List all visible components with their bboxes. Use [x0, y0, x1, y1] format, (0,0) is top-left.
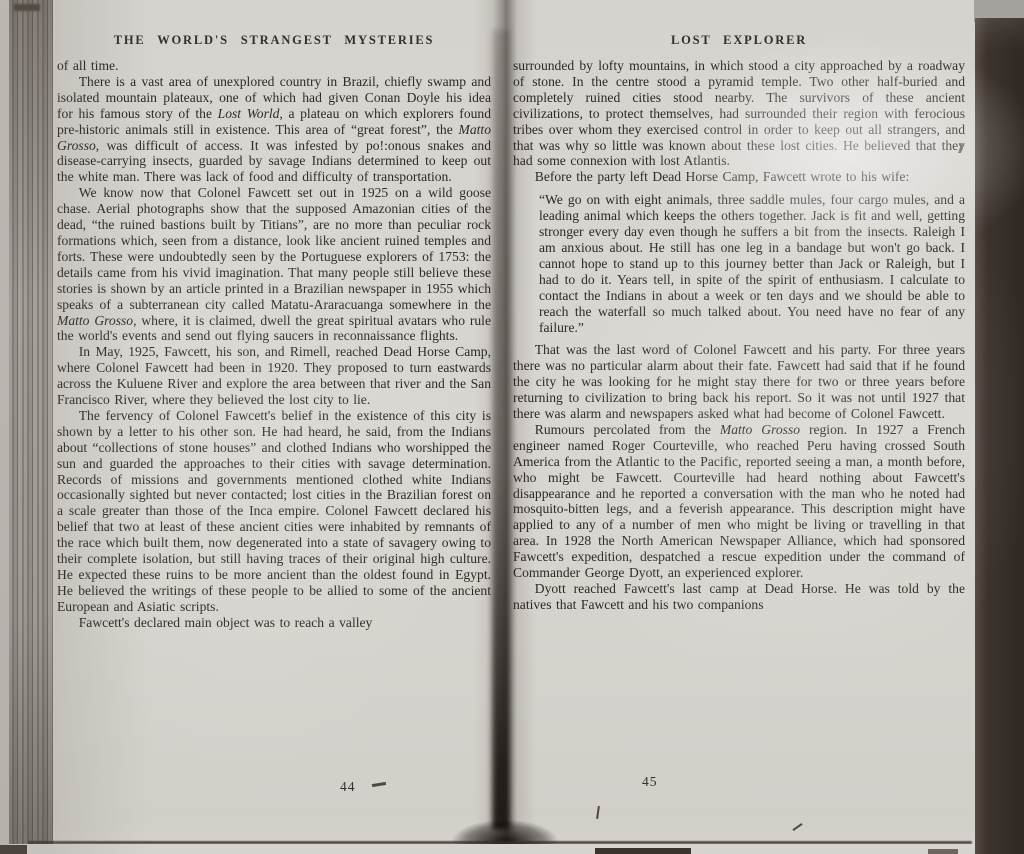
bottom-edge-mark — [0, 845, 27, 854]
page-number-44: 44 — [340, 779, 356, 795]
paragraph: That was the last word of Colonel Fawcet… — [513, 342, 965, 422]
text-run: That was the last word of Colonel Fawcet… — [513, 342, 965, 421]
scanner-margin-strip — [0, 0, 9, 854]
book-cover-edge — [975, 18, 1024, 854]
paragraph: of all time. — [57, 58, 491, 74]
book-scan: THE WORLD'S STRANGEST MYSTERIES of all t… — [0, 0, 1024, 854]
text-run: Dyott reached Fawcett's last camp at Dea… — [513, 581, 965, 612]
italic-text-run: Matto Grosso — [720, 422, 800, 437]
paragraph: The fervency of Colonel Fawcett's belief… — [57, 408, 491, 615]
text-run: of all time. — [57, 58, 118, 73]
running-header-left: THE WORLD'S STRANGEST MYSTERIES — [57, 33, 491, 48]
paragraph: “We go on with eight animals, three sadd… — [539, 192, 965, 335]
bottom-edge-mark — [928, 849, 958, 854]
text-run: In May, 1925, Fawcett, his son, and Rime… — [57, 344, 491, 407]
bottom-edge-mark — [595, 848, 691, 854]
text-run: Rumours percolated from the — [535, 422, 720, 437]
left-page-body: of all time.There is a vast area of unex… — [57, 58, 491, 631]
page-edges-stack — [9, 0, 53, 854]
page-number-45: 45 — [642, 774, 658, 790]
paragraph: Dyott reached Fawcett's last camp at Dea… — [513, 581, 965, 613]
gutter-shadow-core — [492, 30, 510, 830]
text-run: , was difficult of access. It was infest… — [57, 138, 491, 185]
italic-text-run: Matto Grosso — [57, 313, 133, 328]
paragraph: Before the party left Dead Horse Camp, F… — [513, 169, 965, 185]
page-44: THE WORLD'S STRANGEST MYSTERIES of all t… — [57, 0, 491, 631]
paragraph: Fawcett's declared main object was to re… — [57, 615, 491, 631]
paragraph: surrounded by lofty mountains, in which … — [513, 58, 965, 169]
text-run: Fawcett's declared main object was to re… — [79, 615, 373, 630]
paragraph: There is a vast area of unexplored count… — [57, 74, 491, 185]
scan-speck — [596, 806, 600, 819]
text-run: region. In 1927 a French engineer named … — [513, 422, 965, 580]
scan-speck — [14, 4, 40, 11]
paragraph: In May, 1925, Fawcett, his son, and Rime… — [57, 344, 491, 408]
scan-speck — [792, 823, 802, 831]
text-run: Before the party left Dead Horse Camp, F… — [535, 169, 910, 184]
paragraph: Rumours percolated from the Matto Grosso… — [513, 422, 965, 581]
page-45: LOST EXPLORER surrounded by lofty mounta… — [513, 0, 965, 613]
scan-speck — [372, 782, 386, 787]
running-header-right: LOST EXPLORER — [513, 33, 965, 48]
italic-text-run: Lost World — [218, 106, 280, 121]
page-bottom-strip — [9, 844, 975, 854]
right-page-body: surrounded by lofty mountains, in which … — [513, 58, 965, 613]
text-run: The fervency of Colonel Fawcett's belief… — [57, 408, 491, 614]
paragraph: We know now that Colonel Fawcett set out… — [57, 185, 491, 344]
text-run: surrounded by lofty mountains, in which … — [513, 58, 965, 168]
text-run: “We go on with eight animals, three sadd… — [539, 192, 965, 334]
text-run: We know now that Colonel Fawcett set out… — [57, 185, 491, 311]
